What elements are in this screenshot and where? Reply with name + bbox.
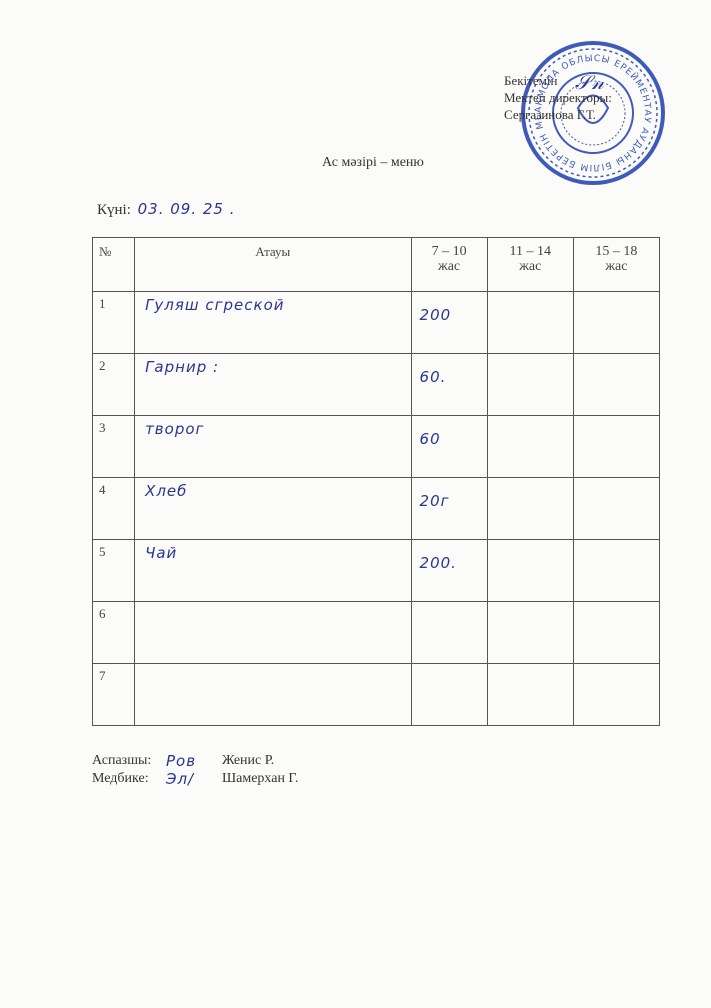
row-qty-15-18: [573, 354, 659, 416]
date-label: Күні:: [97, 202, 131, 218]
portion-value: 200: [412, 292, 487, 324]
age-range: 11 – 14: [488, 244, 573, 259]
staff-role: Медбике:: [92, 770, 166, 788]
row-num: 5: [93, 540, 135, 602]
header-name: Атауы: [135, 238, 411, 292]
age-range: 7 – 10: [412, 244, 487, 259]
table-row: 1 Гуляш сгреской 200: [93, 292, 660, 354]
portion-value: [574, 540, 659, 554]
staff-person: Женис Р.: [222, 752, 274, 770]
row-qty-15-18: [573, 602, 659, 664]
row-qty-11-14: [487, 540, 573, 602]
row-qty-11-14: [487, 354, 573, 416]
row-num: 6: [93, 602, 135, 664]
portion-value: [574, 354, 659, 368]
menu-table: № Атауы 7 – 10 жас 11 – 14 жас 15 – 18 ж…: [92, 237, 660, 726]
age-unit: жас: [412, 259, 487, 274]
row-qty-11-14: [487, 292, 573, 354]
portion-value: 200.: [412, 540, 487, 572]
row-num: 1: [93, 292, 135, 354]
staff-signatures: Аспазшы: Ров Женис Р. Медбике: Эл/ Шамер…: [92, 752, 298, 788]
portion-value: [488, 602, 573, 616]
portion-value: [574, 292, 659, 306]
row-num: 4: [93, 478, 135, 540]
date-value: 03. 09. 25 .: [138, 200, 236, 218]
row-qty-7-10: [411, 602, 487, 664]
row-num: 3: [93, 416, 135, 478]
portion-value: [574, 664, 659, 678]
row-qty-7-10: 60: [411, 416, 487, 478]
portion-value: 60: [412, 416, 487, 448]
portion-value: [574, 478, 659, 492]
dish-name: [135, 664, 410, 668]
portion-value: [574, 602, 659, 616]
row-qty-15-18: [573, 540, 659, 602]
row-qty-15-18: [573, 416, 659, 478]
row-name: Чай: [135, 540, 411, 602]
row-qty-11-14: [487, 416, 573, 478]
portion-value: [412, 602, 487, 616]
row-qty-15-18: [573, 478, 659, 540]
header-age-15-18: 15 – 18 жас: [573, 238, 659, 292]
staff-signature: Эл/: [166, 770, 216, 788]
row-name: Гуляш сгреской: [135, 292, 411, 354]
row-name: Гарнир :: [135, 354, 411, 416]
portion-value: [412, 664, 487, 678]
dish-name: Чай: [135, 540, 410, 562]
date-row: Күні: 03. 09. 25 .: [97, 200, 236, 219]
row-num: 7: [93, 664, 135, 726]
page-title: Ас мәзірі – меню: [322, 155, 424, 171]
director-signature: 𝒮𝓃: [575, 70, 605, 94]
portion-value: 20г: [412, 478, 487, 510]
approval-line: Сергазинова Г.Т.: [504, 106, 612, 123]
table-row: 5 Чай 200.: [93, 540, 660, 602]
header-age-11-14: 11 – 14 жас: [487, 238, 573, 292]
row-name: творог: [135, 416, 411, 478]
row-name: [135, 602, 411, 664]
staff-row-cook: Аспазшы: Ров Женис Р.: [92, 752, 298, 770]
portion-value: 60.: [412, 354, 487, 386]
dish-name: Гуляш сгреской: [135, 292, 410, 314]
portion-value: [488, 354, 573, 368]
dish-name: Хлеб: [135, 478, 410, 500]
row-qty-7-10: 200: [411, 292, 487, 354]
dish-name: [135, 602, 410, 606]
header-age-7-10: 7 – 10 жас: [411, 238, 487, 292]
table-row: 3 творог 60: [93, 416, 660, 478]
row-name: Хлеб: [135, 478, 411, 540]
table-row: 7: [93, 664, 660, 726]
table-row: 4 Хлеб 20г: [93, 478, 660, 540]
row-qty-7-10: 20г: [411, 478, 487, 540]
table-row: 2 Гарнир : 60.: [93, 354, 660, 416]
age-range: 15 – 18: [574, 244, 659, 259]
staff-row-nurse: Медбике: Эл/ Шамерхан Г.: [92, 770, 298, 788]
portion-value: [488, 664, 573, 678]
staff-signature: Ров: [166, 752, 216, 770]
staff-role: Аспазшы:: [92, 752, 166, 770]
portion-value: [574, 416, 659, 430]
row-qty-7-10: [411, 664, 487, 726]
header-num: №: [93, 238, 135, 292]
age-unit: жас: [488, 259, 573, 274]
table-row: 6: [93, 602, 660, 664]
portion-value: [488, 478, 573, 492]
row-qty-15-18: [573, 664, 659, 726]
row-qty-15-18: [573, 292, 659, 354]
portion-value: [488, 540, 573, 554]
dish-name: творог: [135, 416, 410, 438]
table-header-row: № Атауы 7 – 10 жас 11 – 14 жас 15 – 18 ж…: [93, 238, 660, 292]
portion-value: [488, 292, 573, 306]
age-unit: жас: [574, 259, 659, 274]
row-qty-11-14: [487, 478, 573, 540]
dish-name: Гарнир :: [135, 354, 410, 376]
row-qty-11-14: [487, 602, 573, 664]
staff-person: Шамерхан Г.: [222, 770, 298, 788]
row-qty-7-10: 60.: [411, 354, 487, 416]
row-num: 2: [93, 354, 135, 416]
portion-value: [488, 416, 573, 430]
row-name: [135, 664, 411, 726]
row-qty-11-14: [487, 664, 573, 726]
row-qty-7-10: 200.: [411, 540, 487, 602]
